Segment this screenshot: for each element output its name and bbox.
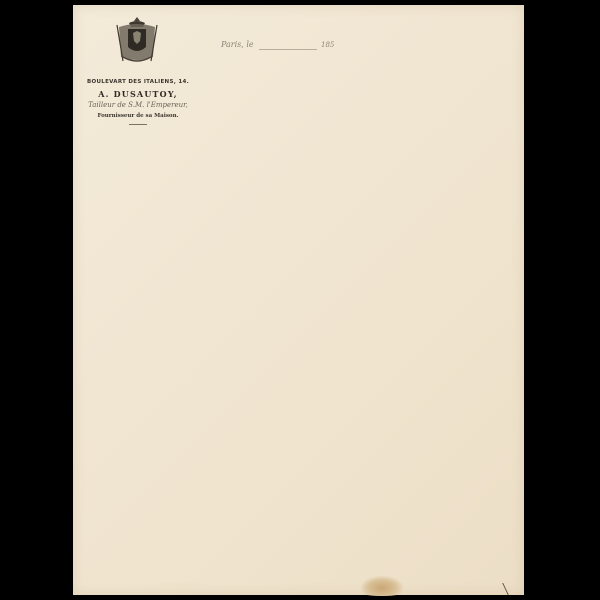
date-blank-line [259, 49, 317, 50]
date-place-label: Paris, le [221, 40, 254, 49]
merchant-name: A. DUSAUTOY, [73, 89, 203, 99]
merchant-title: Tailleur de S.M. l'Empereur, [73, 101, 203, 109]
divider-rule [129, 124, 147, 125]
date-year-prefix: 185 [321, 41, 334, 49]
pencil-mark [502, 583, 517, 595]
letterhead-paper: BOULEVART DES ITALIENS, 14. A. DUSAUTOY,… [73, 5, 524, 595]
paper-stain [361, 576, 403, 596]
supplier-line: Fournisseur de sa Maison. [73, 113, 203, 119]
date-field: Paris, le 185 [221, 41, 341, 51]
address-line: BOULEVART DES ITALIENS, 14. [73, 79, 203, 85]
imperial-coat-of-arms-icon [113, 15, 161, 65]
